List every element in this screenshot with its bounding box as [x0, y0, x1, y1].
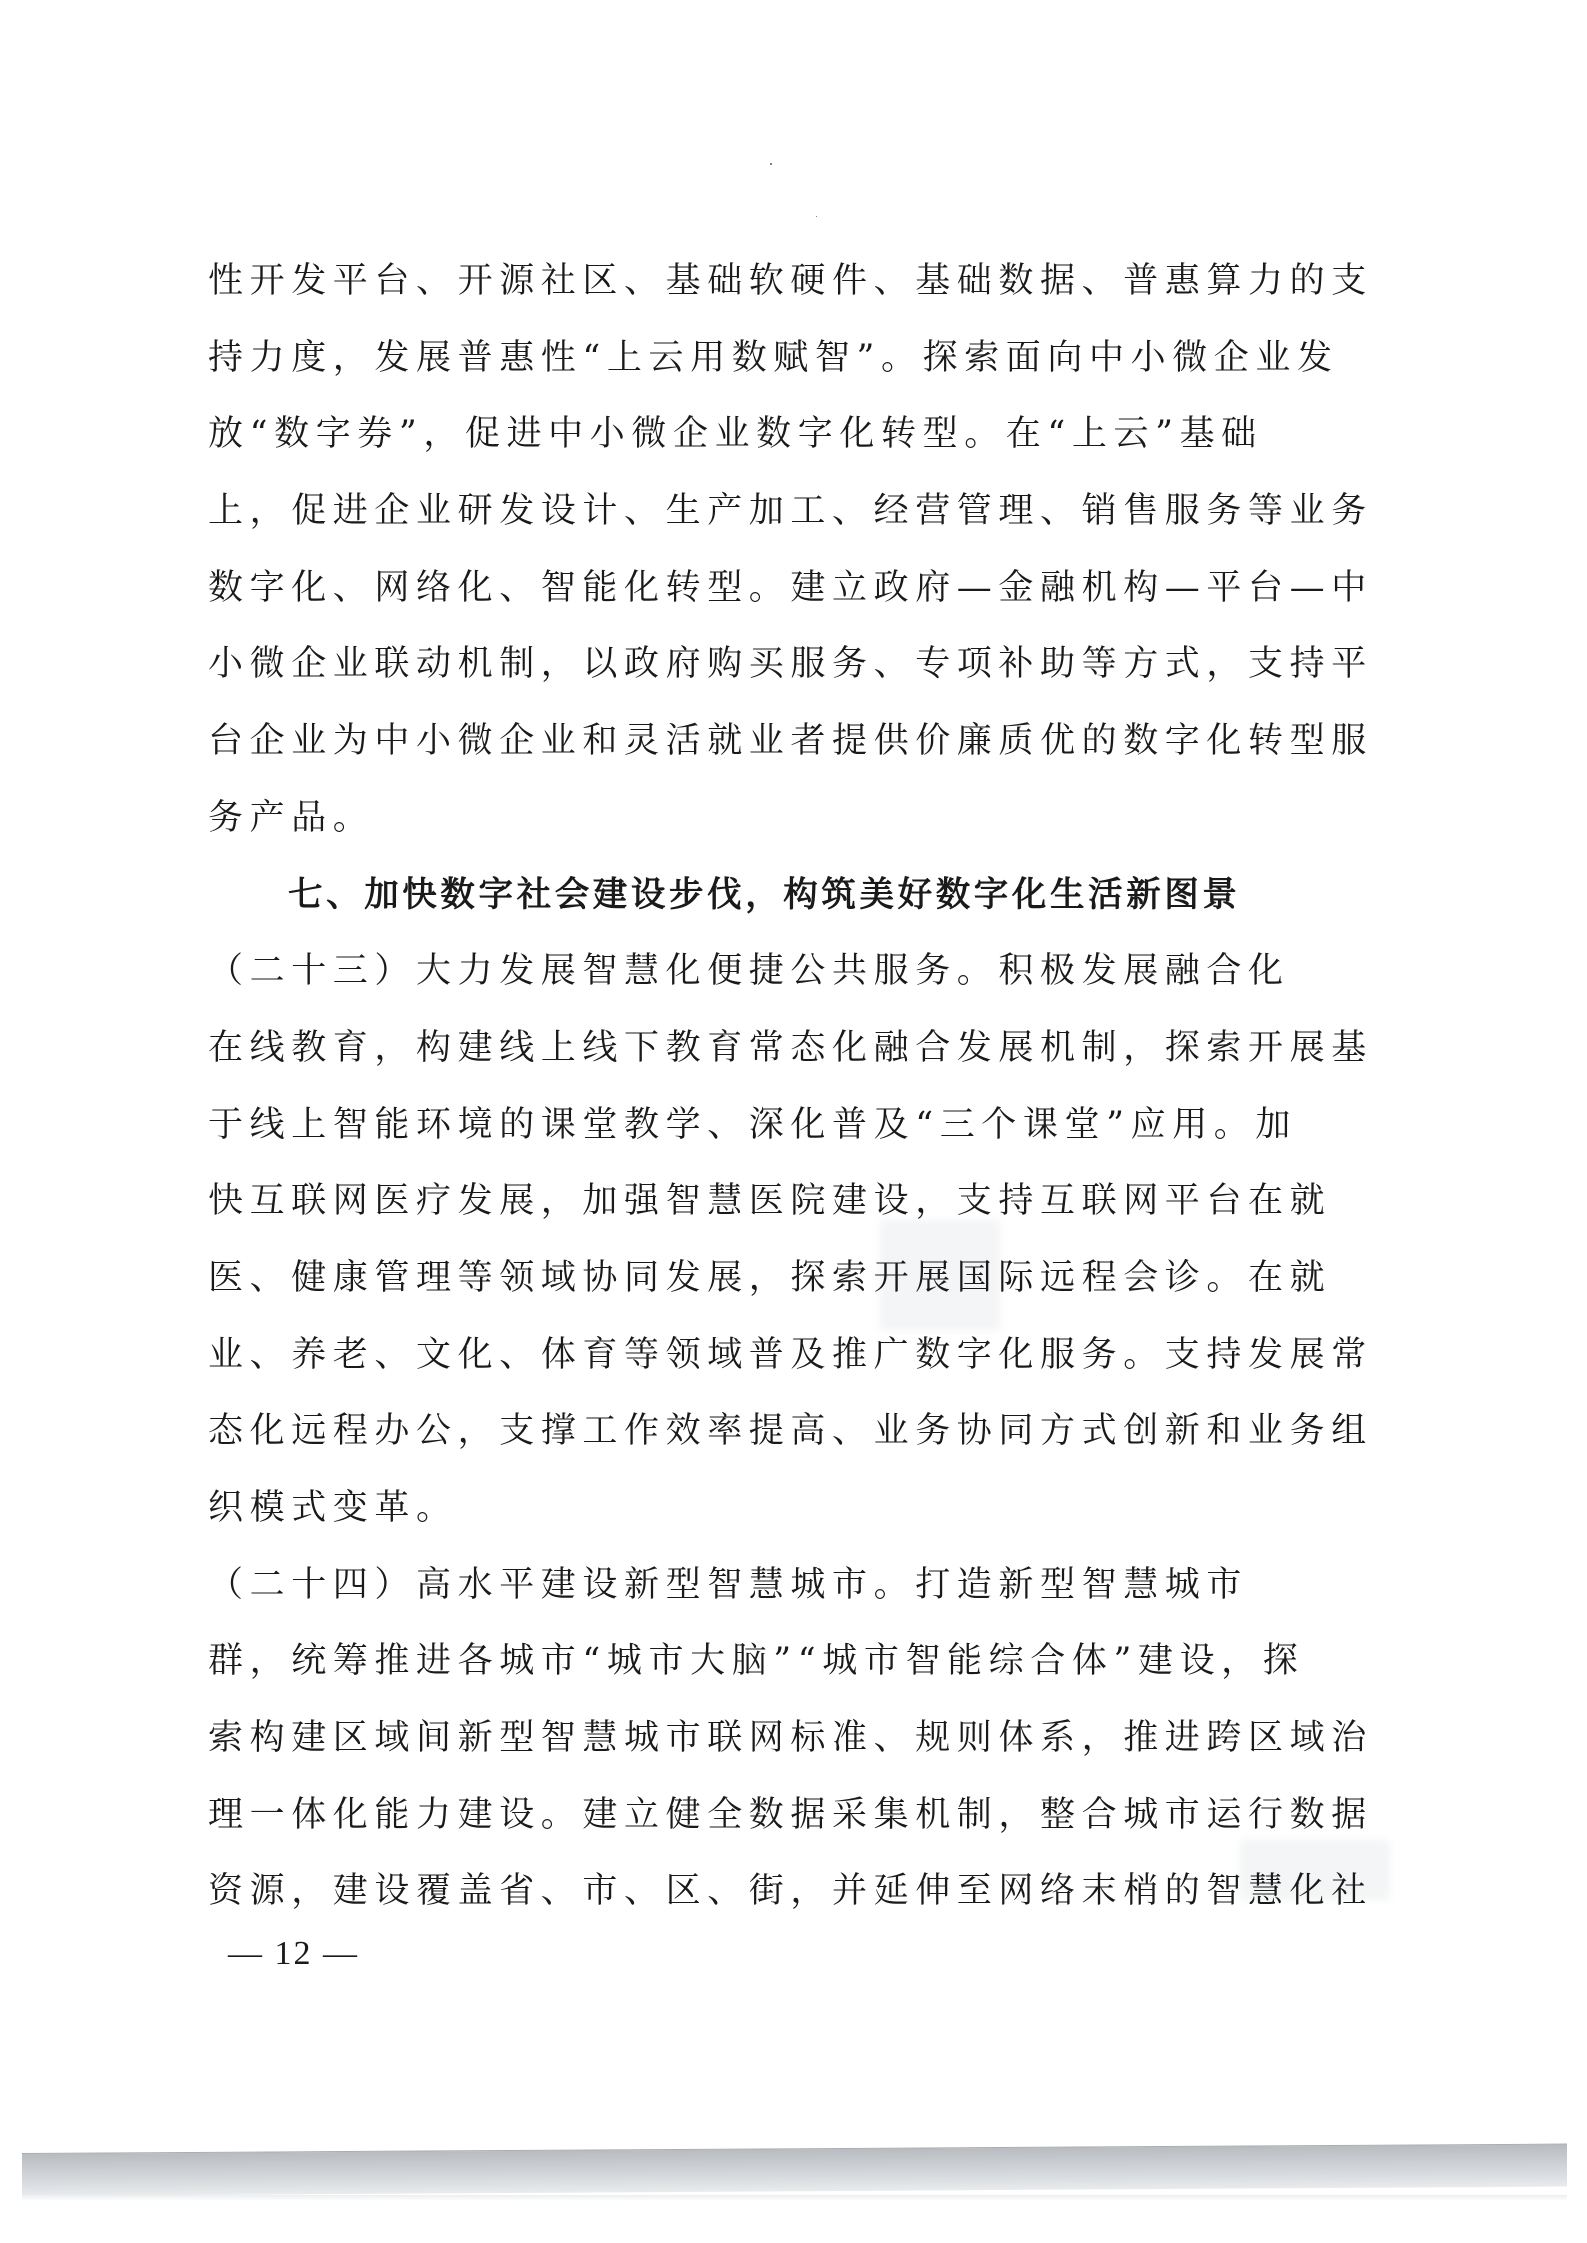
text-line: 群，统筹推进各城市“城市大脑”“城市智能综合体”建设，探 — [208, 1633, 1384, 1710]
text-line: 小微企业联动机制，以政府购买服务、专项补助等方式，支持平 — [208, 636, 1384, 713]
scan-edge-shadow — [22, 2195, 1567, 2201]
text-line: 台企业为中小微企业和灵活就业者提供价廉质优的数字化转型服 — [208, 713, 1384, 790]
text-line: （二十四）高水平建设新型智慧城市。打造新型智慧城市 — [208, 1557, 1384, 1634]
text-line: 放“数字券”，促进中小微企业数字化转型。在“上云”基础 — [208, 406, 1384, 483]
text-line: 持力度，发展普惠性“上云用数赋智”。探索面向中小微企业发 — [208, 330, 1384, 407]
text-line: 索构建区域间新型智慧城市联网标准、规则体系，推进跨区域治 — [208, 1710, 1384, 1787]
text-line: 上，促进企业研发设计、生产加工、经营管理、销售服务等业务 — [208, 483, 1384, 560]
document-page: 性开发平台、开源社区、基础软硬件、基础数据、普惠算力的支 持力度，发展普惠性“上… — [0, 0, 1587, 2243]
text-line: 务产品。 — [208, 790, 1384, 867]
text-line: 快互联网医疗发展，加强智慧医院建设，支持互联网平台在就 — [208, 1173, 1384, 1250]
text-line: 织模式变革。 — [208, 1480, 1384, 1557]
text-line: 医、健康管理等领域协同发展，探索开展国际远程会诊。在就 — [208, 1250, 1384, 1327]
section-heading: 七、加快数字社会建设步伐，构筑美好数字化生活新图景 — [208, 867, 1384, 944]
text-line: 资源，建设覆盖省、市、区、街，并延伸至网络末梢的智慧化社 — [208, 1863, 1384, 1940]
text-line: 态化远程办公，支撑工作效率提高、业务协同方式创新和业务组 — [208, 1403, 1384, 1480]
text-line: 理一体化能力建设。建立健全数据采集机制，整合城市运行数据 — [208, 1787, 1384, 1864]
text-line: 在线教育，构建线上线下教育常态化融合发展机制，探索开展基 — [208, 1020, 1384, 1097]
text-line: 于线上智能环境的课堂教学、深化普及“三个课堂”应用。加 — [208, 1097, 1384, 1174]
text-line: 性开发平台、开源社区、基础软硬件、基础数据、普惠算力的支 — [208, 253, 1384, 330]
page-number: — 12 — — [228, 1935, 359, 1973]
text-line: （二十三）大力发展智慧化便捷公共服务。积极发展融合化 — [208, 943, 1384, 1020]
scan-edge-bar — [22, 2144, 1567, 2196]
scan-speck — [770, 163, 772, 165]
text-line: 数字化、网络化、智能化转型。建立政府—金融机构—平台—中 — [208, 560, 1384, 637]
document-body: 性开发平台、开源社区、基础软硬件、基础数据、普惠算力的支 持力度，发展普惠性“上… — [208, 253, 1384, 1940]
text-line: 业、养老、文化、体育等领域普及推广数字化服务。支持发展常 — [208, 1327, 1384, 1404]
scan-speck — [816, 216, 817, 217]
